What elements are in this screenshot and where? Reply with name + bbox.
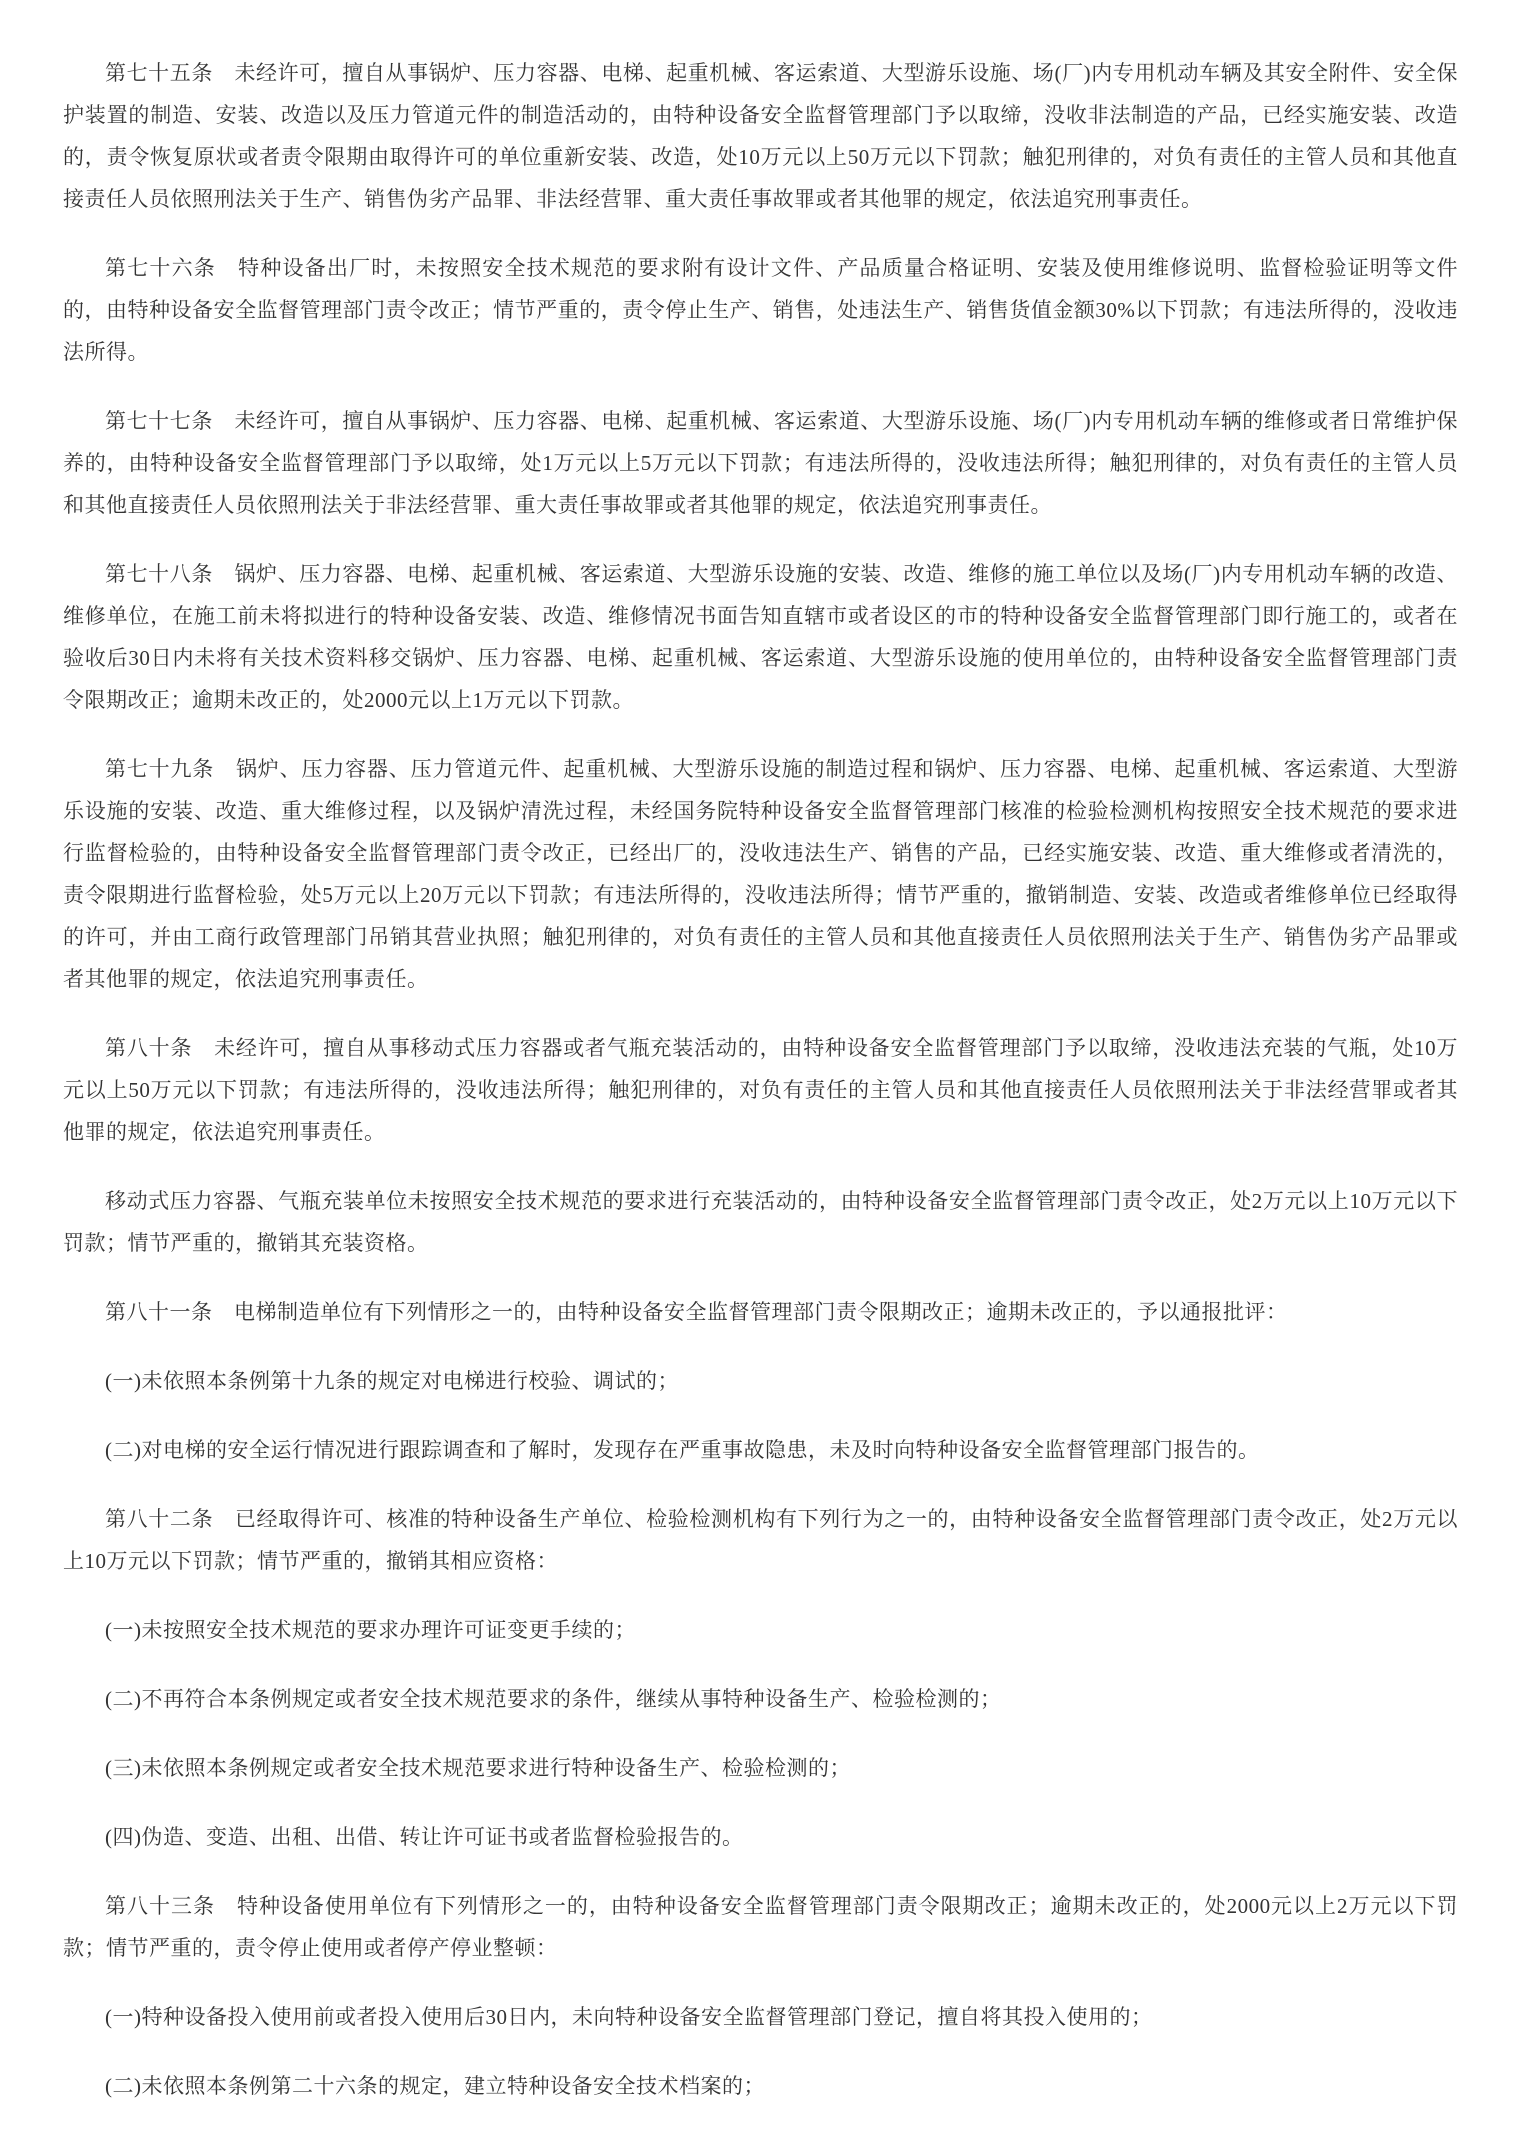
article-82-item-3: (三)未依照本条例规定或者安全技术规范要求进行特种设备生产、检验检测的； <box>63 1747 1458 1789</box>
article-80-supplement-paragraph: 移动式压力容器、气瓶充装单位未按照安全技术规范的要求进行充装活动的，由特种设备安… <box>63 1180 1458 1264</box>
article-83-paragraph: 第八十三条 特种设备使用单位有下列情形之一的，由特种设备安全监督管理部门责令限期… <box>63 1885 1458 1969</box>
article-81-item-1: (一)未依照本条例第十九条的规定对电梯进行校验、调试的； <box>63 1360 1458 1402</box>
article-81-paragraph: 第八十一条 电梯制造单位有下列情形之一的，由特种设备安全监督管理部门责令限期改正… <box>63 1291 1458 1333</box>
article-75-paragraph: 第七十五条 未经许可，擅自从事锅炉、压力容器、电梯、起重机械、客运索道、大型游乐… <box>63 52 1458 220</box>
article-77-paragraph: 第七十七条 未经许可，擅自从事锅炉、压力容器、电梯、起重机械、客运索道、大型游乐… <box>63 400 1458 526</box>
article-82-item-2: (二)不再符合本条例规定或者安全技术规范要求的条件，继续从事特种设备生产、检验检… <box>63 1678 1458 1720</box>
legal-document-page: 第七十五条 未经许可，擅自从事锅炉、压力容器、电梯、起重机械、客运索道、大型游乐… <box>0 0 1520 2107</box>
article-78-paragraph: 第七十八条 锅炉、压力容器、电梯、起重机械、客运索道、大型游乐设施的安装、改造、… <box>63 553 1458 721</box>
article-82-item-1: (一)未按照安全技术规范的要求办理许可证变更手续的； <box>63 1609 1458 1651</box>
article-82-paragraph: 第八十二条 已经取得许可、核准的特种设备生产单位、检验检测机构有下列行为之一的，… <box>63 1498 1458 1582</box>
article-79-paragraph: 第七十九条 锅炉、压力容器、压力管道元件、起重机械、大型游乐设施的制造过程和锅炉… <box>63 748 1458 1000</box>
article-83-item-2: (二)未依照本条例第二十六条的规定，建立特种设备安全技术档案的； <box>63 2065 1458 2107</box>
article-82-item-4: (四)伪造、变造、出租、出借、转让许可证书或者监督检验报告的。 <box>63 1816 1458 1858</box>
article-80-paragraph: 第八十条 未经许可，擅自从事移动式压力容器或者气瓶充装活动的，由特种设备安全监督… <box>63 1027 1458 1153</box>
article-76-paragraph: 第七十六条 特种设备出厂时，未按照安全技术规范的要求附有设计文件、产品质量合格证… <box>63 247 1458 373</box>
article-81-item-2: (二)对电梯的安全运行情况进行跟踪调查和了解时，发现存在严重事故隐患，未及时向特… <box>63 1429 1458 1471</box>
article-83-item-1: (一)特种设备投入使用前或者投入使用后30日内，未向特种设备安全监督管理部门登记… <box>63 1996 1458 2038</box>
